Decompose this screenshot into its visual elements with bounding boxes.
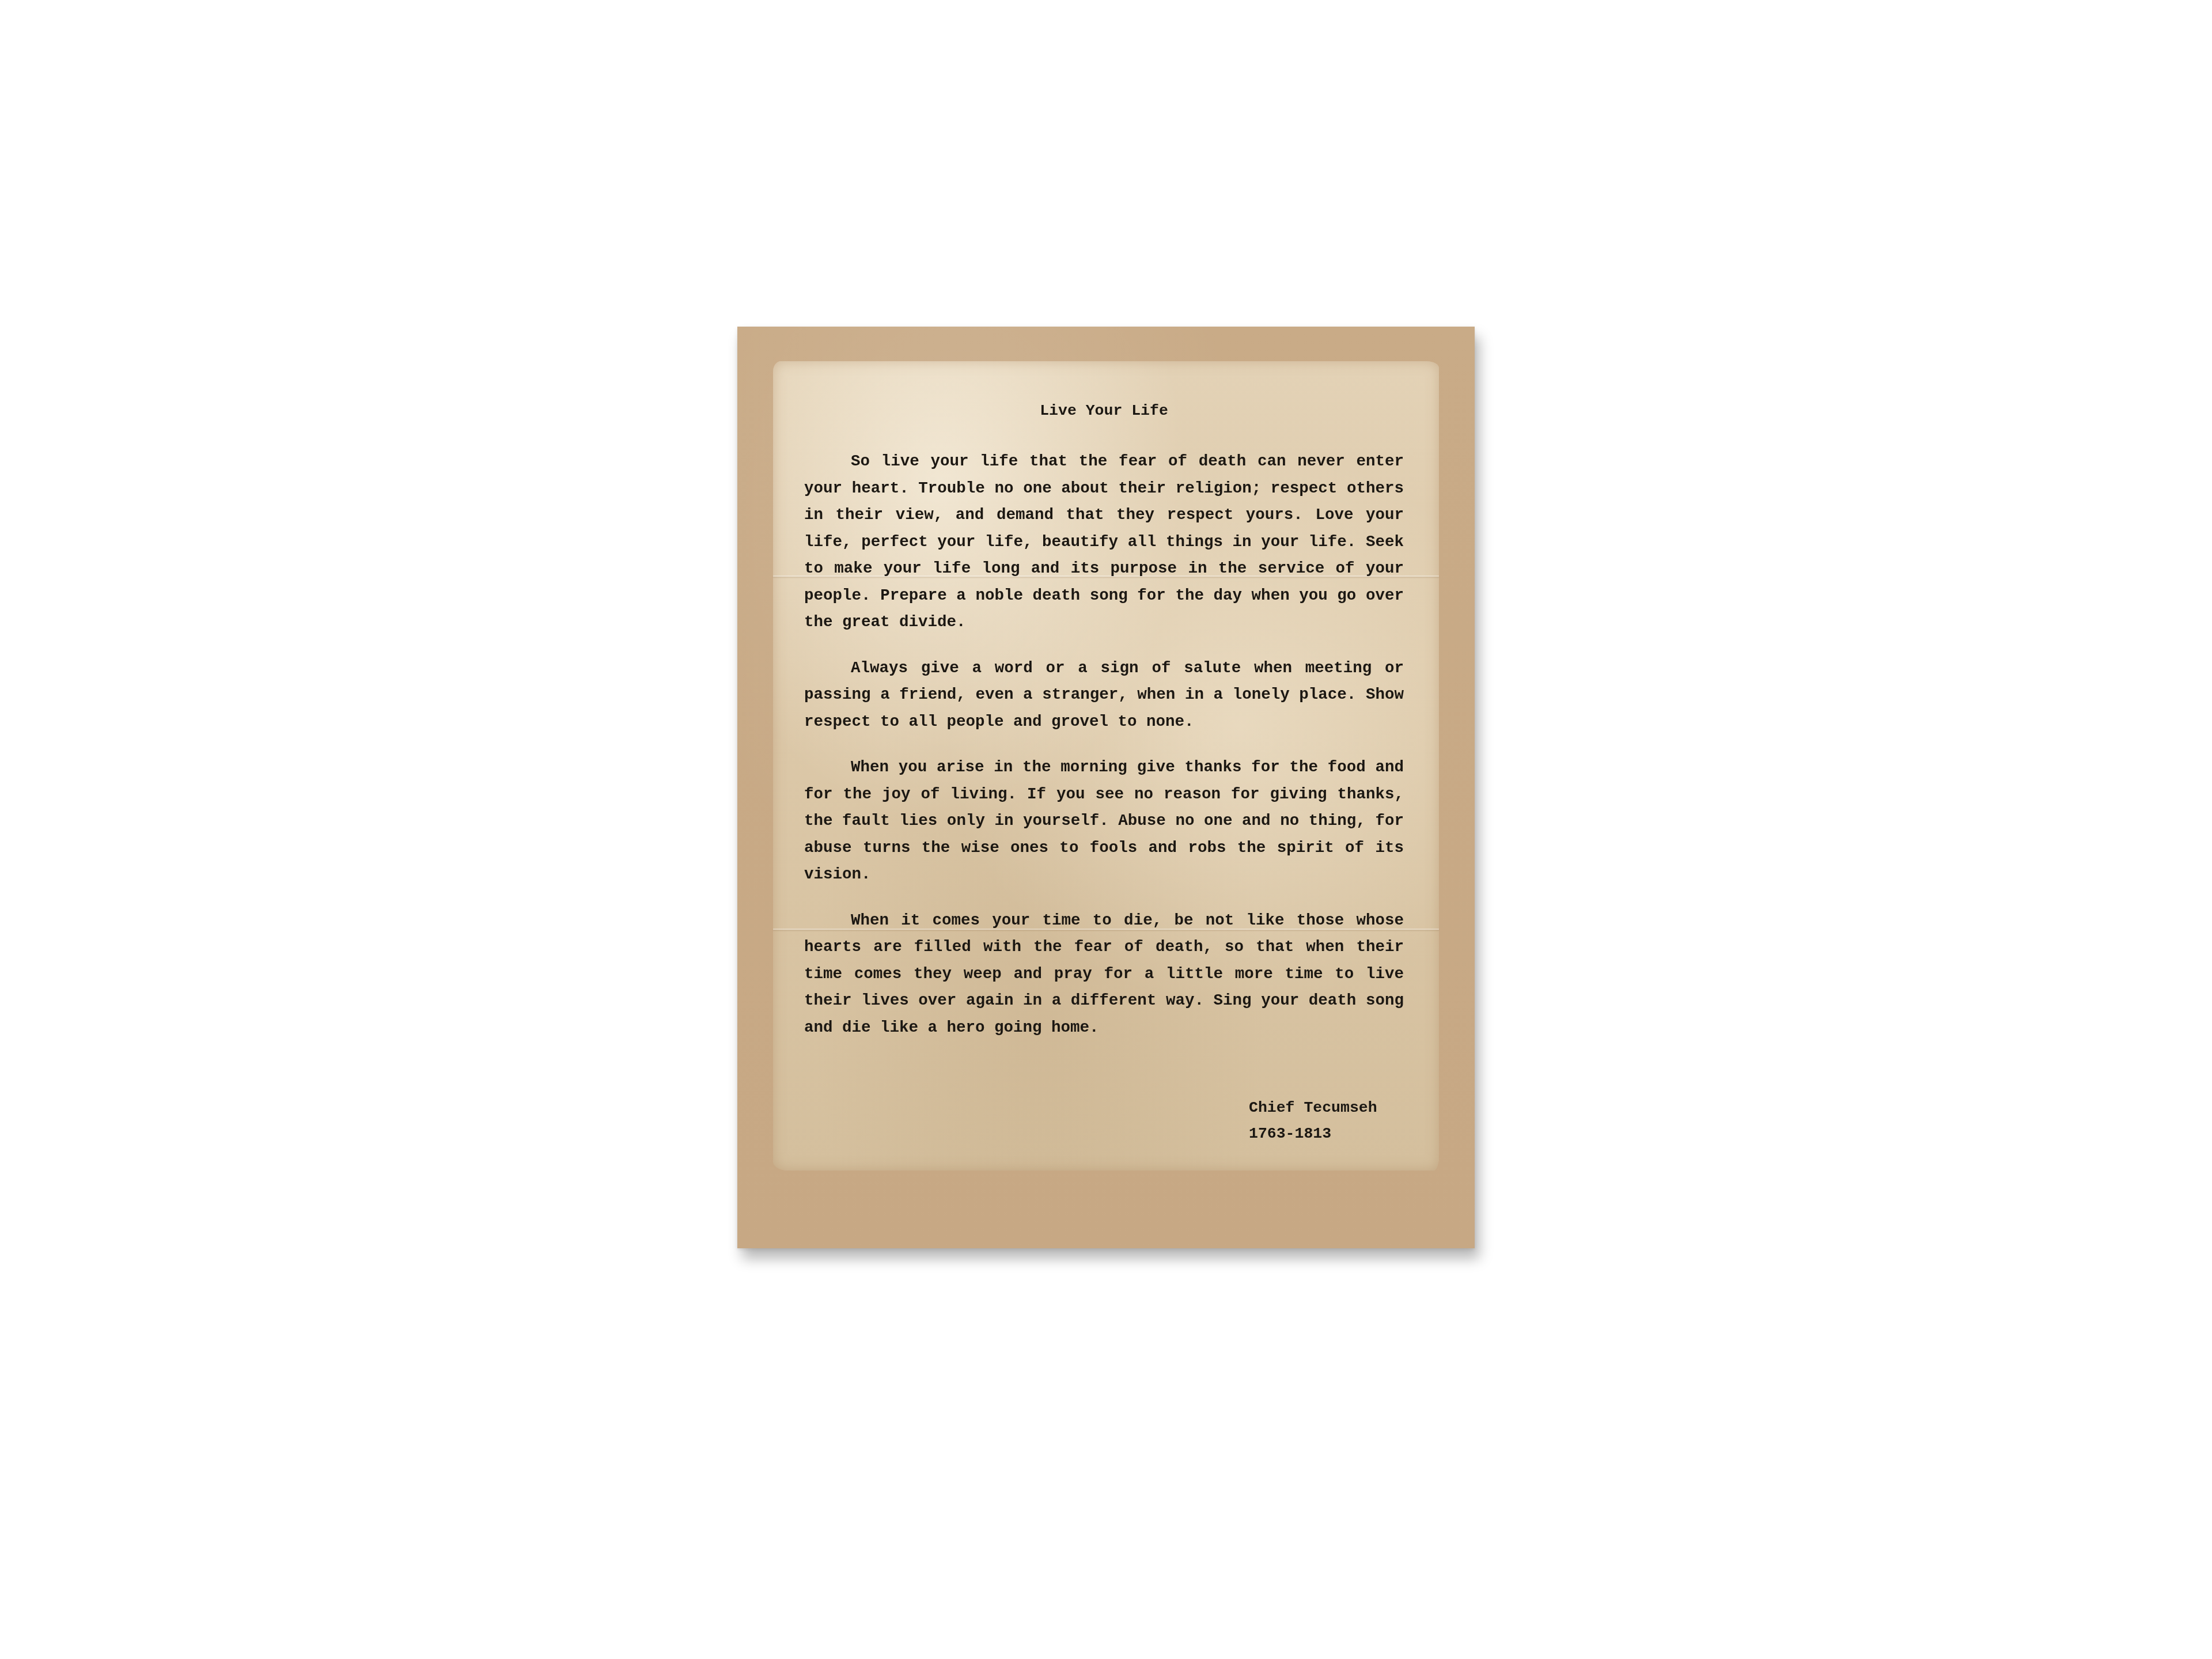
document-body: So live your life that the fear of death… [804,449,1404,1060]
paragraph: So live your life that the fear of death… [804,449,1404,637]
paragraph: When you arise in the morning give thank… [804,755,1404,889]
signature-dates: 1763-1813 [1249,1121,1377,1147]
signature-block: Chief Tecumseh 1763-1813 [1249,1095,1377,1147]
document-title: Live Your Life [804,397,1404,425]
paragraph: When it comes your time to die, be not l… [804,908,1404,1042]
paragraph: Always give a word or a sign of salute w… [804,656,1404,736]
signature-author: Chief Tecumseh [1249,1095,1377,1121]
